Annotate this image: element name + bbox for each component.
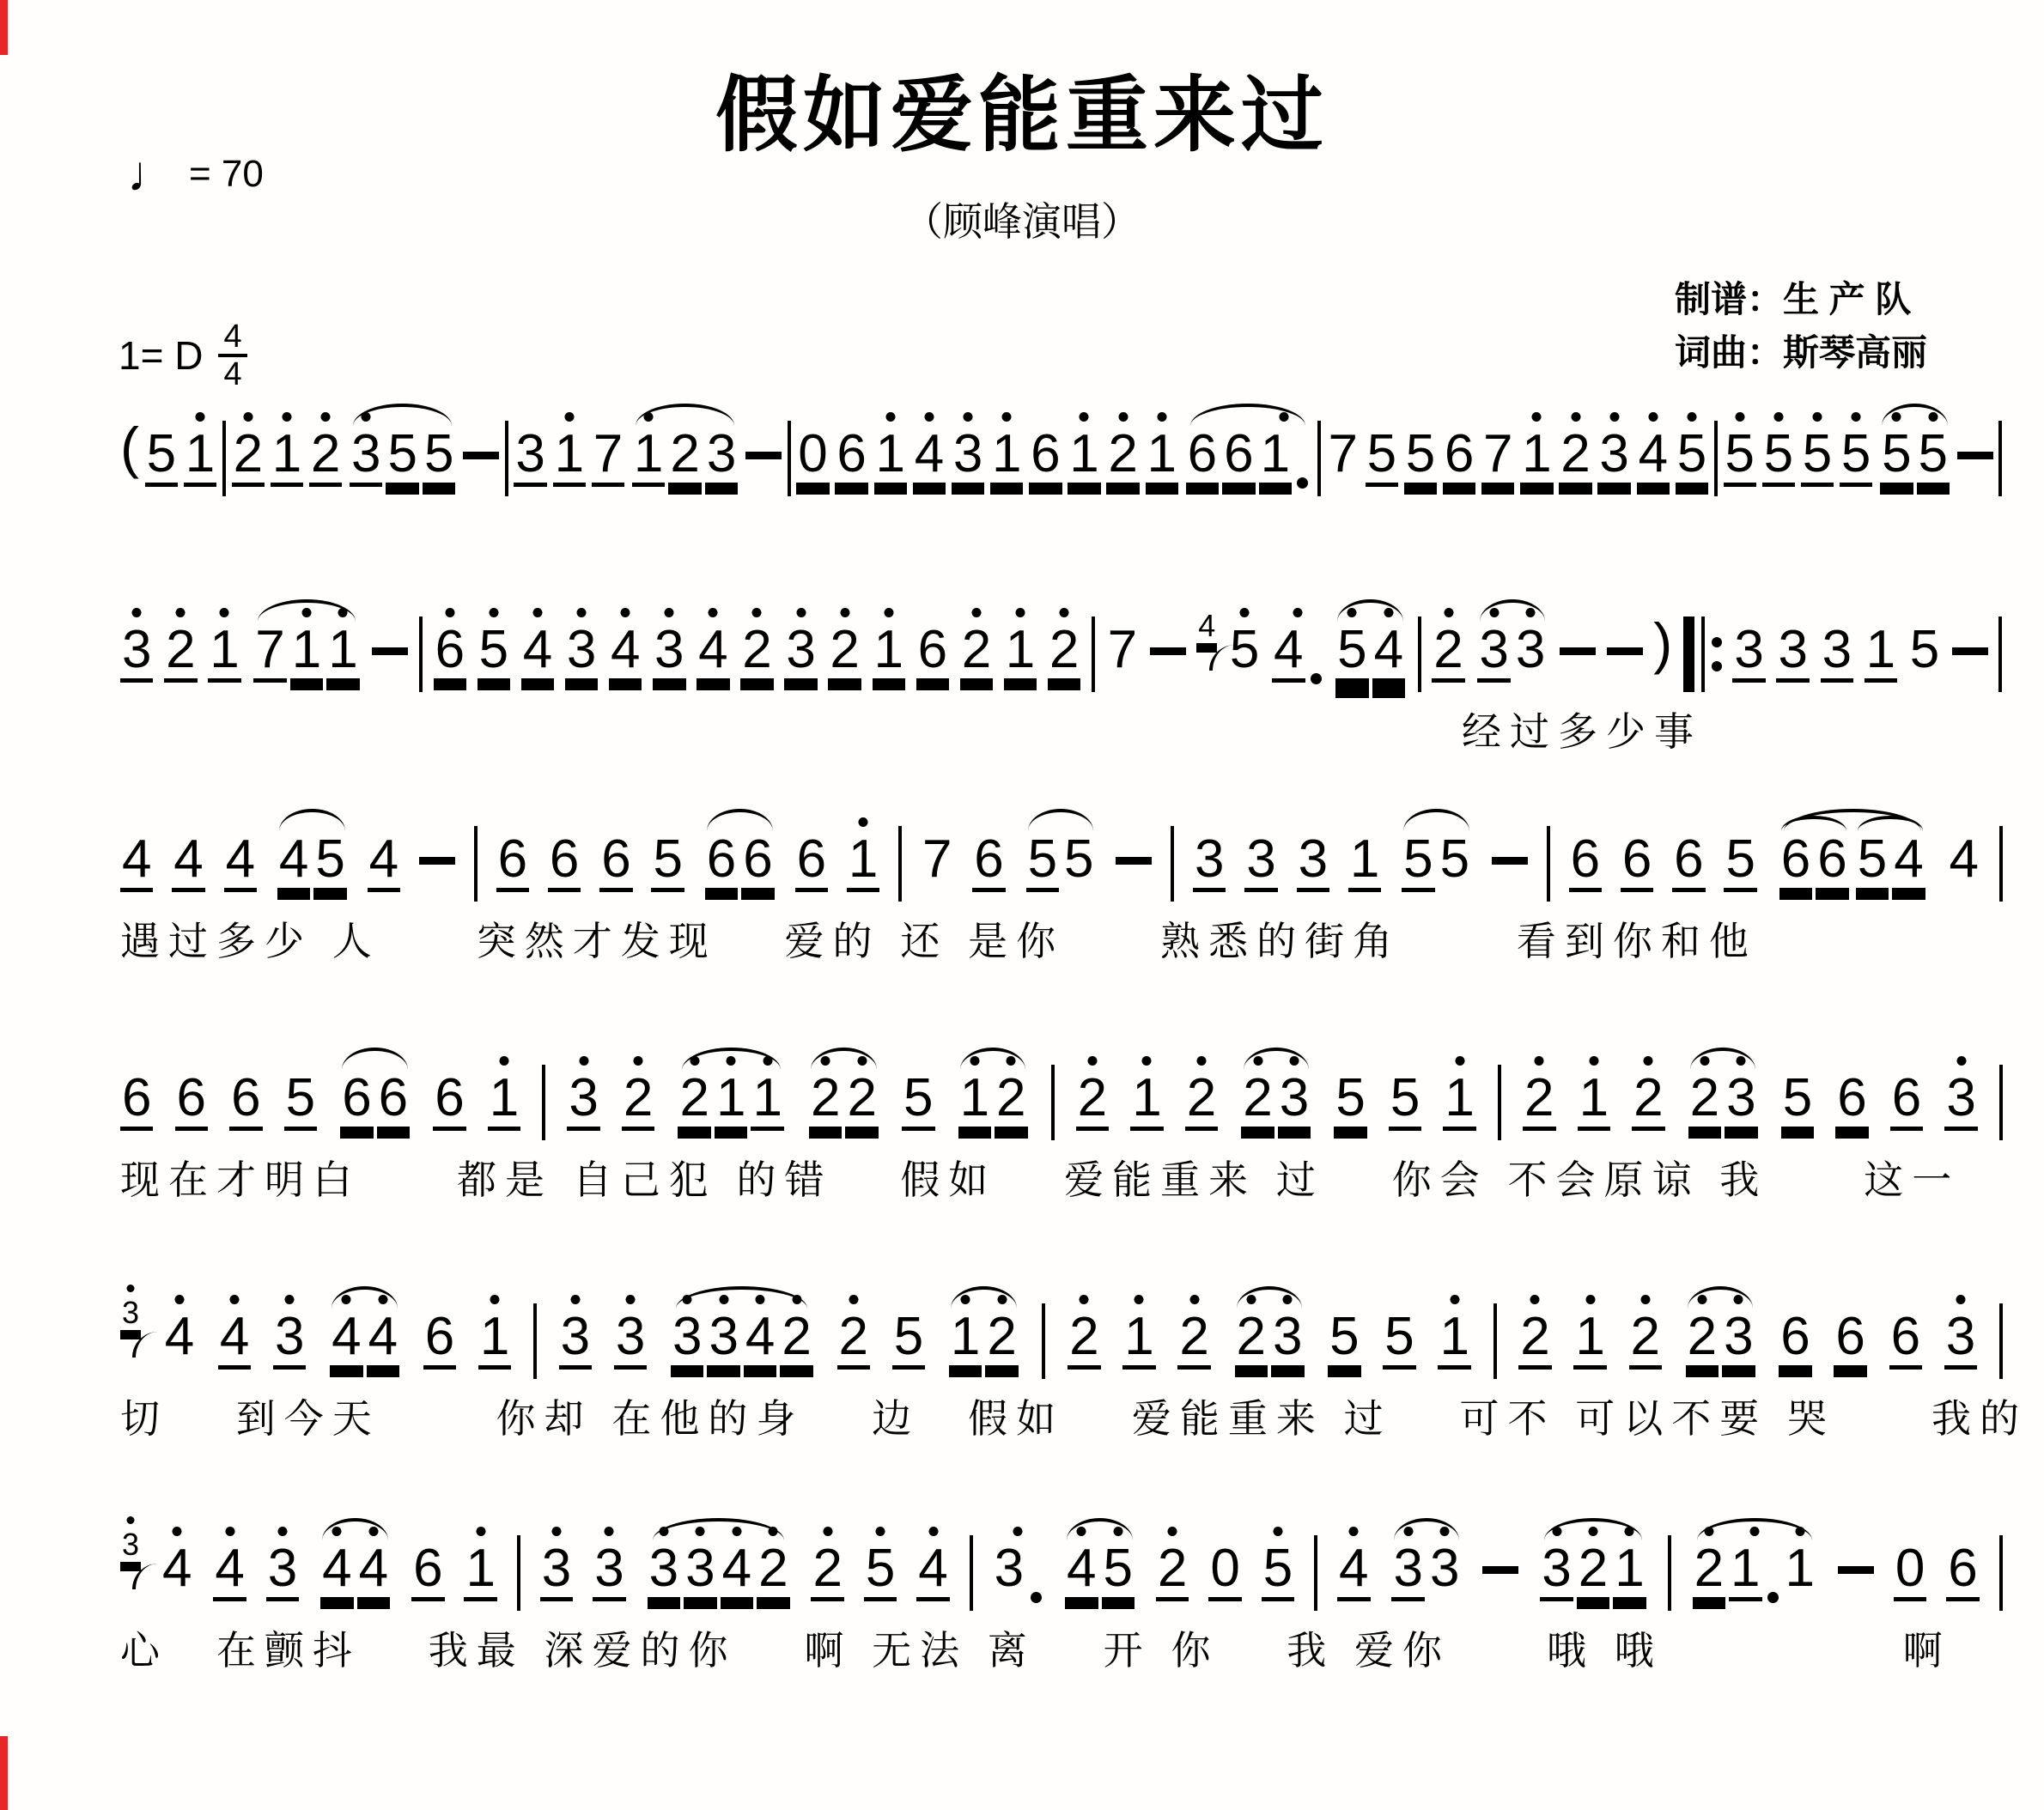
note-digit: 5 bbox=[423, 428, 455, 487]
note: 2 bbox=[1629, 1285, 1662, 1370]
octave-dot-icon bbox=[552, 1527, 562, 1536]
note-digit: 2 bbox=[164, 623, 197, 683]
octave-dot-icon bbox=[174, 1295, 184, 1304]
note: 6 bbox=[1569, 807, 1602, 892]
note: 6 bbox=[1029, 402, 1062, 487]
note: 7 bbox=[1106, 598, 1139, 678]
note: 3 bbox=[1732, 598, 1765, 683]
note-digit: 4 bbox=[1196, 610, 1217, 647]
note-digit: 5 bbox=[1676, 428, 1708, 487]
note-digit: 4 bbox=[120, 833, 153, 892]
note: 3 bbox=[1944, 1285, 1977, 1370]
note-digit: 4 bbox=[213, 1542, 246, 1601]
note-digit: 7 bbox=[253, 623, 286, 683]
note-digit: 6 bbox=[916, 623, 949, 683]
note-digit: 5 bbox=[284, 1072, 317, 1131]
barline bbox=[1418, 616, 1421, 692]
slur-group: 6654 bbox=[1776, 807, 1929, 892]
note: 6 bbox=[340, 1046, 373, 1131]
octave-dot-icon bbox=[796, 608, 806, 617]
note-digit: 2 bbox=[1686, 1310, 1719, 1370]
octave-dot-icon bbox=[928, 1527, 938, 1536]
note: 5 bbox=[1917, 402, 1950, 487]
note-digit: 3 bbox=[1477, 623, 1510, 683]
note: 3 bbox=[1821, 598, 1853, 683]
octave-dot-icon bbox=[1142, 1056, 1152, 1066]
note: 4 bbox=[320, 1516, 353, 1601]
performer-subtitle: （顾峰演唱） bbox=[0, 191, 2044, 247]
note: 1 bbox=[1573, 1285, 1606, 1370]
notation-line-5: 34434461333342251221223551212236663 bbox=[120, 1285, 2003, 1379]
note: 5 bbox=[1262, 1516, 1294, 1601]
augmentation-dot-icon bbox=[1311, 673, 1322, 684]
octave-dot-icon bbox=[997, 1295, 1007, 1304]
note-digit: 4 bbox=[916, 1542, 949, 1601]
note: 4 bbox=[916, 1516, 949, 1601]
octave-dot-icon bbox=[1240, 608, 1250, 617]
octave-dot-icon bbox=[1852, 412, 1861, 422]
grace-tie-icon bbox=[132, 1332, 158, 1357]
note-digit: 1 bbox=[478, 1310, 511, 1370]
note: 2 bbox=[1577, 1516, 1609, 1601]
note: 2 bbox=[1688, 1046, 1721, 1131]
note: 5 bbox=[1389, 1046, 1421, 1131]
note-digit: 1 bbox=[1578, 1072, 1610, 1131]
system-4: 66656661322112251221223551212235663现在才明白… bbox=[120, 1046, 2003, 1206]
note-digit: 5 bbox=[478, 623, 510, 683]
octave-dot-icon bbox=[763, 1056, 772, 1066]
note-digit: 2 bbox=[1068, 1310, 1100, 1370]
note: 3 bbox=[1193, 807, 1226, 892]
sustain-dash bbox=[1957, 452, 1993, 459]
note-digit: 5 bbox=[1328, 1310, 1360, 1370]
slur-group: 66 bbox=[338, 1046, 411, 1131]
octave-dot-icon bbox=[1135, 1295, 1144, 1304]
note: 4 bbox=[330, 1285, 362, 1370]
octave-dot-icon bbox=[1087, 1056, 1097, 1066]
octave-dot-icon bbox=[338, 608, 348, 617]
slur-group: 33 bbox=[1390, 1516, 1463, 1601]
note: 4 bbox=[913, 402, 946, 487]
octave-dot-icon bbox=[577, 608, 587, 617]
scan-edge-mark-bottom bbox=[0, 1736, 8, 1810]
note: 3 bbox=[1514, 598, 1547, 678]
octave-dot-icon bbox=[1440, 1527, 1450, 1536]
note: 4 bbox=[172, 807, 204, 892]
note: 1 bbox=[478, 1285, 511, 1370]
octave-dot-icon bbox=[964, 412, 973, 422]
note: 1 bbox=[553, 402, 586, 487]
barline bbox=[1092, 616, 1095, 692]
octave-dot-icon bbox=[302, 608, 312, 617]
note-digit: 7 bbox=[592, 428, 624, 487]
note-digit: 5 bbox=[1801, 428, 1834, 487]
octave-dot-icon bbox=[1956, 1056, 1966, 1066]
repeat-dots-icon bbox=[1712, 616, 1722, 692]
octave-dot-icon bbox=[1013, 1527, 1023, 1536]
octave-dot-icon bbox=[696, 1527, 705, 1536]
octave-dot-icon bbox=[857, 1056, 867, 1066]
octave-dot-icon bbox=[1773, 412, 1783, 422]
note: 3 bbox=[614, 1285, 647, 1370]
octave-dot-icon bbox=[225, 1527, 234, 1536]
note: 5 bbox=[1334, 1046, 1366, 1131]
note: 6 bbox=[705, 807, 738, 892]
note: 6 bbox=[599, 807, 632, 892]
slur-group: 45 bbox=[1063, 1516, 1136, 1601]
barline bbox=[419, 616, 423, 692]
note: 4 bbox=[368, 807, 400, 892]
barline bbox=[1999, 826, 2003, 902]
note-digit: 5 bbox=[1917, 428, 1950, 487]
note-digit: 6 bbox=[340, 1072, 373, 1131]
note: 2 bbox=[1693, 1516, 1725, 1601]
note: 5 bbox=[1026, 807, 1059, 892]
octave-dot-icon bbox=[173, 1527, 182, 1536]
sheet-music-page: 假如爱能重来过 （顾峰演唱） ♩ = 70 1= D 4 4 制谱：生 产 队 … bbox=[0, 0, 2044, 1810]
note-digit: 2 bbox=[1241, 1072, 1274, 1131]
note-digit: 1 bbox=[1438, 1310, 1470, 1370]
octave-dot-icon bbox=[690, 1056, 699, 1066]
note: 2 bbox=[1523, 1046, 1555, 1131]
note-digit: 2 bbox=[309, 428, 342, 487]
barline bbox=[1171, 826, 1174, 902]
note-digit: 2 bbox=[985, 1310, 1018, 1370]
octave-dot-icon bbox=[1640, 1295, 1650, 1304]
slur-group: 211 bbox=[676, 1046, 785, 1131]
octave-dot-icon bbox=[1444, 608, 1453, 617]
octave-dot-icon bbox=[342, 1295, 351, 1304]
note-digit: 1 bbox=[1130, 1072, 1163, 1131]
slur-group: 22 bbox=[807, 1046, 880, 1131]
octave-dot-icon bbox=[1290, 1056, 1299, 1066]
note: 2 bbox=[740, 598, 773, 683]
sustain-dash bbox=[1150, 647, 1186, 655]
note-digit: 3 bbox=[1271, 1310, 1304, 1370]
note: 1 bbox=[874, 402, 907, 487]
sustain-dash bbox=[463, 452, 499, 459]
note: 1 bbox=[1122, 1285, 1155, 1370]
note-digit: 4 bbox=[320, 1542, 353, 1601]
note: 3 bbox=[1722, 1285, 1755, 1370]
note: 1 bbox=[1068, 402, 1100, 487]
note: 3 bbox=[565, 598, 598, 683]
octave-dot-icon bbox=[1892, 412, 1901, 422]
note: 5 bbox=[1102, 1516, 1135, 1601]
octave-dot-icon bbox=[321, 412, 331, 422]
slur-group: 123 bbox=[630, 402, 739, 487]
octave-dot-icon bbox=[1118, 412, 1128, 422]
note: 2 bbox=[1048, 598, 1080, 683]
octave-dot-icon bbox=[719, 1295, 728, 1304]
octave-dot-icon bbox=[243, 412, 252, 422]
note-digit: 1 bbox=[1573, 1310, 1606, 1370]
octave-dot-icon bbox=[683, 1295, 692, 1304]
note-digit: 1 bbox=[1146, 428, 1178, 487]
note: 6 bbox=[1222, 402, 1255, 487]
note-digit: 6 bbox=[496, 833, 529, 892]
octave-dot-icon bbox=[1795, 1527, 1804, 1536]
octave-dot-icon bbox=[1189, 1295, 1199, 1304]
note-digit: 5 bbox=[1334, 1072, 1366, 1131]
note: 1 bbox=[464, 1516, 496, 1601]
note: 2 bbox=[622, 1046, 654, 1131]
note-digit: 3 bbox=[993, 1542, 1025, 1597]
note-digit: 3 bbox=[1278, 1072, 1311, 1131]
note-digit: 5 bbox=[1335, 623, 1368, 683]
barline bbox=[788, 421, 791, 496]
octave-dot-icon bbox=[1928, 412, 1938, 422]
note-digit: 4 bbox=[721, 1542, 753, 1601]
note: 4 bbox=[1892, 807, 1925, 892]
note-digit: 1 bbox=[1068, 428, 1100, 487]
slur-group: 55 bbox=[1025, 807, 1098, 892]
parenthesis: ) bbox=[1653, 615, 1672, 671]
note-digit: 3 bbox=[567, 1072, 599, 1131]
octave-dot-icon bbox=[792, 1295, 801, 1304]
octave-dot-icon bbox=[1700, 1056, 1709, 1066]
octave-dot-icon bbox=[1349, 1527, 1359, 1536]
lyrics-line-4: 现在才明白 都是 自己犯 的错 假如 爱能重来 过 你会 不会原谅 我 这一 bbox=[120, 1149, 2003, 1206]
note-digit: 3 bbox=[1244, 833, 1277, 892]
note-digit: 1 bbox=[208, 623, 240, 683]
tempo-value: = 70 bbox=[189, 153, 264, 196]
octave-dot-icon bbox=[1196, 1056, 1206, 1066]
octave-dot-icon bbox=[1625, 1527, 1634, 1536]
slur-group: 23 bbox=[1239, 1046, 1312, 1131]
note-digit: 4 bbox=[913, 428, 946, 487]
note-digit: 7 bbox=[1326, 428, 1359, 483]
note: 5 bbox=[1328, 1285, 1360, 1370]
note: 1 bbox=[271, 402, 303, 487]
note: 2 bbox=[1632, 1046, 1664, 1131]
time-signature: 4 4 bbox=[218, 319, 246, 392]
note-digit: 0 bbox=[1208, 1542, 1241, 1601]
note: 5 bbox=[1676, 402, 1708, 487]
note-digit: 2 bbox=[232, 428, 265, 487]
sustain-dash bbox=[1838, 1566, 1874, 1574]
octave-dot-icon bbox=[1589, 1056, 1598, 1066]
note: 3 bbox=[653, 598, 685, 683]
note: 5 bbox=[423, 402, 455, 487]
note: 6 bbox=[1672, 807, 1705, 892]
note: 4 bbox=[697, 598, 729, 683]
barline bbox=[533, 1303, 537, 1379]
note: 1 bbox=[847, 807, 879, 892]
note-digit: 4 bbox=[357, 1542, 390, 1601]
octave-dot-icon bbox=[1293, 608, 1302, 617]
note: 6 bbox=[411, 1516, 444, 1601]
octave-dot-icon bbox=[1813, 412, 1822, 422]
note-digit: 4 bbox=[367, 1310, 399, 1370]
note-digit: 4 bbox=[744, 1310, 776, 1370]
note-digit: 4 bbox=[161, 1542, 193, 1597]
note: 5 bbox=[313, 807, 346, 892]
song-title: 假如爱能重来过 bbox=[0, 50, 2044, 167]
note-digit: 5 bbox=[1262, 1542, 1294, 1601]
note-digit: 2 bbox=[1156, 1542, 1189, 1601]
note-digit: 4 bbox=[368, 833, 400, 892]
note-digit: 1 bbox=[553, 428, 586, 487]
note-digit: 6 bbox=[1222, 428, 1255, 487]
note-digit: 1 bbox=[290, 623, 323, 683]
note: 5 bbox=[1908, 598, 1941, 678]
sustain-dash bbox=[745, 452, 782, 459]
slur-group: 321 bbox=[1538, 1516, 1647, 1601]
note-digit: 5 bbox=[1781, 1072, 1814, 1131]
sustain-dash bbox=[372, 647, 408, 655]
octave-dot-icon bbox=[1168, 1527, 1177, 1536]
notation-line-6: 3443446133334225434520543332121106 bbox=[120, 1516, 2003, 1611]
octave-dot-icon bbox=[445, 608, 454, 617]
octave-dot-icon bbox=[840, 608, 849, 617]
octave-dot-icon bbox=[332, 1527, 342, 1536]
octave-dot-icon bbox=[605, 1527, 614, 1536]
note: 1 bbox=[715, 1046, 747, 1131]
octave-dot-icon bbox=[859, 817, 868, 827]
note-digit: 1 bbox=[847, 833, 879, 892]
note-digit: 6 bbox=[423, 1310, 456, 1370]
note-digit: 2 bbox=[845, 1072, 878, 1131]
note-digit: 1 bbox=[464, 1542, 496, 1601]
note: 2 bbox=[1106, 402, 1139, 487]
note-digit: 5 bbox=[1724, 428, 1756, 487]
note: 5 bbox=[386, 402, 418, 487]
note: 3 bbox=[952, 402, 984, 487]
note-digit: 1 bbox=[751, 1072, 783, 1131]
octave-dot-icon bbox=[821, 1056, 830, 1066]
octave-dot-icon bbox=[368, 1527, 378, 1536]
note-digit: 3 bbox=[707, 1310, 739, 1370]
note-digit: 1 bbox=[949, 1310, 982, 1370]
augmentation-dot-icon bbox=[1297, 477, 1308, 489]
note-digit: 6 bbox=[1621, 833, 1653, 892]
octave-dot-icon bbox=[1737, 1056, 1746, 1066]
octave-dot-icon bbox=[849, 1295, 858, 1304]
note: 7 bbox=[1481, 402, 1514, 487]
note: 3 bbox=[1477, 598, 1510, 683]
note: 2 bbox=[757, 1516, 789, 1601]
octave-dot-icon bbox=[1552, 1527, 1561, 1536]
note: 1 bbox=[873, 598, 905, 683]
note: 2 bbox=[309, 402, 342, 487]
system-3: 444454666566617655333155666566544遇过多少 人 … bbox=[120, 807, 2003, 967]
octave-dot-icon bbox=[1246, 1295, 1256, 1304]
barline bbox=[1493, 1303, 1497, 1379]
note-digit: 0 bbox=[1894, 1542, 1926, 1601]
note-digit: 6 bbox=[411, 1542, 444, 1601]
note-digit: 6 bbox=[705, 833, 738, 892]
note-digit: 2 bbox=[811, 1542, 843, 1601]
octave-dot-icon bbox=[756, 1295, 765, 1304]
note: 1 bbox=[1259, 402, 1310, 489]
note-digit: 2 bbox=[1523, 1072, 1555, 1131]
note-digit: 6 bbox=[1186, 428, 1219, 487]
note: 3 bbox=[684, 1516, 716, 1601]
note: 1 bbox=[1784, 1516, 1816, 1597]
note-digit: 3 bbox=[1821, 623, 1853, 683]
note: 6 bbox=[433, 1046, 465, 1131]
note: 6 bbox=[1186, 402, 1219, 487]
note: 6 bbox=[1946, 1516, 1979, 1601]
note-digit: 5 bbox=[1402, 833, 1434, 892]
note: 1 bbox=[1865, 598, 1897, 683]
slur-group: 45 bbox=[276, 807, 349, 892]
note-digit: 3 bbox=[273, 1310, 306, 1370]
note-digit: 3 bbox=[684, 1542, 716, 1601]
octave-dot-icon bbox=[1007, 1056, 1016, 1066]
octave-dot-icon bbox=[1571, 412, 1580, 422]
note-digit: 3 bbox=[705, 428, 738, 487]
note: 3 bbox=[1297, 807, 1329, 892]
key-value: 1= D bbox=[119, 332, 203, 379]
note: 1 bbox=[751, 1046, 783, 1131]
note-digit: 1 bbox=[1348, 833, 1381, 892]
note-digit: 6 bbox=[1834, 1310, 1866, 1370]
note-digit: 3 bbox=[514, 428, 546, 487]
octave-dot-icon bbox=[971, 608, 981, 617]
note-digit: 6 bbox=[835, 428, 867, 487]
score: (512123553171230614316121661755671234555… bbox=[120, 402, 2003, 1676]
note: 3 bbox=[273, 1285, 306, 1370]
note-digit: 5 bbox=[1762, 428, 1795, 487]
note: 6 bbox=[1443, 402, 1475, 487]
note: 2 bbox=[678, 1046, 710, 1131]
note-digit: 1 bbox=[990, 428, 1023, 487]
note-digit: 4 bbox=[1272, 623, 1305, 683]
note-digit: 3 bbox=[952, 428, 984, 487]
augmentation-dot-icon bbox=[1767, 1592, 1779, 1603]
note: 7 bbox=[1326, 402, 1359, 483]
note: 1 bbox=[208, 598, 240, 683]
quarter-note-icon: ♩ bbox=[127, 157, 177, 191]
system-1: (512123553171230614316121661755671234555… bbox=[120, 402, 2003, 496]
note-digit: 6 bbox=[548, 833, 581, 892]
note: 1 bbox=[326, 598, 359, 683]
barline bbox=[1314, 1535, 1317, 1611]
note-digit: 3 bbox=[648, 1542, 680, 1601]
note-digit: 4 bbox=[1372, 623, 1405, 683]
note-digit: 5 bbox=[1439, 833, 1471, 888]
octave-dot-icon bbox=[1697, 1295, 1706, 1304]
note: 5 bbox=[1366, 402, 1398, 487]
note-digit: 6 bbox=[1890, 1072, 1923, 1131]
notation-line-3: 444454666566617655333155666566544 bbox=[120, 807, 2003, 902]
note-digit: 1 bbox=[1004, 623, 1037, 683]
augmentation-dot-icon bbox=[1031, 1592, 1042, 1603]
octave-dot-icon bbox=[752, 608, 762, 617]
note: 5 bbox=[1880, 402, 1913, 487]
octave-dot-icon bbox=[570, 1295, 580, 1304]
note: 6 bbox=[434, 598, 466, 683]
octave-dot-icon bbox=[659, 1527, 668, 1536]
octave-dot-icon bbox=[1077, 1527, 1086, 1536]
note-digit: 2 bbox=[780, 1310, 812, 1370]
note-digit: 2 bbox=[740, 623, 773, 683]
note-digit: 3 bbox=[1725, 1072, 1757, 1131]
note-digit: 5 bbox=[145, 428, 178, 487]
note: 3 bbox=[559, 1285, 592, 1370]
octave-dot-icon bbox=[769, 1527, 778, 1536]
note: 5 bbox=[1404, 402, 1437, 487]
barline bbox=[1998, 616, 2002, 692]
scan-edge-mark-top bbox=[0, 0, 8, 55]
note-digit: 5 bbox=[892, 1310, 925, 1370]
note: 6 bbox=[175, 1046, 208, 1131]
octave-dot-icon bbox=[1273, 1527, 1282, 1536]
credit-arranger: 制谱：生 产 队 bbox=[1675, 273, 1927, 326]
note-digit: 4 bbox=[218, 1310, 251, 1370]
